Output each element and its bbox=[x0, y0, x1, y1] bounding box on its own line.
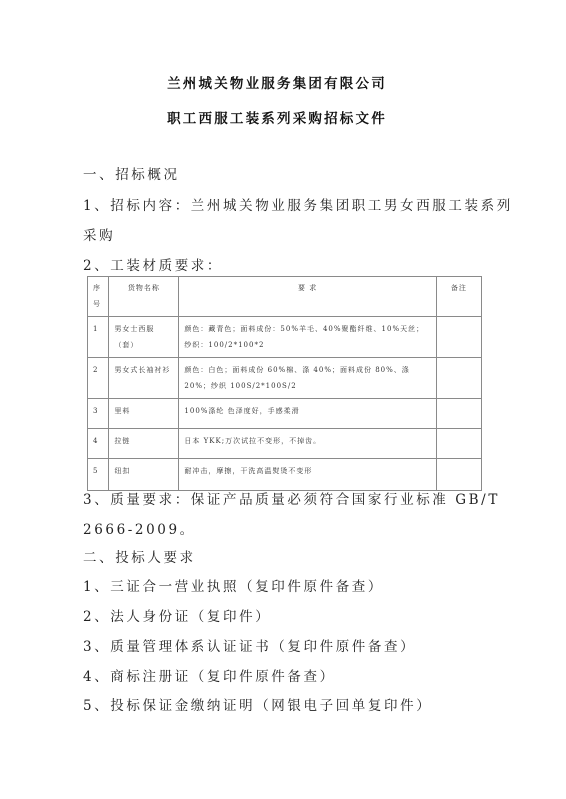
table-header-row: 序号 货物名称 要 求 备注 bbox=[88, 277, 482, 317]
cell-requirement: 耐冲击，摩擦，干洗高温熨烫不变形 bbox=[179, 459, 436, 491]
quality-requirement-line2: 2666-2009。 bbox=[83, 518, 196, 538]
document-page: 兰州城关物业服务集团有限公司 职工西服工装系列采购招标文件 一、招标概况 1、招… bbox=[0, 0, 566, 799]
cell-no: 5 bbox=[88, 459, 109, 491]
bidder-requirement-item: 5、投标保证金缴纳证明（网银电子回单复印件） bbox=[83, 694, 432, 714]
material-requirements-heading: 2、工装材质要求： bbox=[83, 254, 223, 274]
cell-remark bbox=[436, 358, 481, 399]
cell-requirement: 颜色：白色；面料成份 60%棉、涤 40%；面料成份 80%、涤 20%；纱织 … bbox=[179, 358, 436, 399]
document-title-company: 兰州城关物业服务集团有限公司 bbox=[0, 72, 560, 92]
cell-item-name: 纽扣 bbox=[109, 459, 179, 491]
bidder-requirement-item: 4、商标注册证（复印件原件备查） bbox=[83, 665, 336, 685]
cell-item-name: 拉链 bbox=[109, 429, 179, 459]
cell-remark bbox=[436, 429, 481, 459]
table-row: 4 拉链 日本 YKK;万次试拉不变形，不掉齿。 bbox=[88, 429, 482, 459]
cell-requirement: 日本 YKK;万次试拉不变形，不掉齿。 bbox=[179, 429, 436, 459]
bidder-requirement-item: 1、三证合一营业执照（复印件原件备查） bbox=[83, 575, 384, 595]
header-no: 序号 bbox=[88, 277, 109, 317]
quality-requirement-line1: 3、质量要求：保证产品质量必须符合国家行业标准 GB/T bbox=[83, 488, 500, 508]
cell-requirement: 100%涤纶 色泽度好，手感柔滑 bbox=[179, 399, 436, 429]
cell-no: 4 bbox=[88, 429, 109, 459]
cell-item-name: 男女式长袖衬衫 bbox=[109, 358, 179, 399]
header-item-name: 货物名称 bbox=[109, 277, 179, 317]
bidder-requirement-item: 2、法人身份证（复印件） bbox=[83, 605, 271, 625]
table-row: 2 男女式长袖衬衫 颜色：白色；面料成份 60%棉、涤 40%；面料成份 80%… bbox=[88, 358, 482, 399]
table-row: 3 里料 100%涤纶 色泽度好，手感柔滑 bbox=[88, 399, 482, 429]
material-spec-table: 序号 货物名称 要 求 备注 1 男女士西服（套） 颜色：藏青色；面料成份：50… bbox=[87, 276, 482, 491]
cell-no: 1 bbox=[88, 317, 109, 358]
header-requirement: 要 求 bbox=[179, 277, 436, 317]
cell-item-name: 里料 bbox=[109, 399, 179, 429]
cell-item-name: 男女士西服（套） bbox=[109, 317, 179, 358]
cell-remark bbox=[436, 317, 481, 358]
cell-remark bbox=[436, 459, 481, 491]
cell-no: 2 bbox=[88, 358, 109, 399]
document-title-subject: 职工西服工装系列采购招标文件 bbox=[0, 107, 560, 127]
section-heading-bidder: 二、投标人要求 bbox=[83, 546, 196, 566]
table-row: 5 纽扣 耐冲击，摩擦，干洗高温熨烫不变形 bbox=[88, 459, 482, 491]
bidder-requirement-item: 3、质量管理体系认证证书（复印件原件备查） bbox=[83, 635, 416, 655]
cell-requirement: 颜色：藏青色；面料成份：50%羊毛、40%聚酯纤维、10%天丝；纱织：100/2… bbox=[179, 317, 436, 358]
section-heading-overview: 一、招标概况 bbox=[83, 163, 180, 183]
cell-remark bbox=[436, 399, 481, 429]
tender-content-line2: 采购 bbox=[83, 224, 115, 244]
table-row: 1 男女士西服（套） 颜色：藏青色；面料成份：50%羊毛、40%聚酯纤维、10%… bbox=[88, 317, 482, 358]
cell-no: 3 bbox=[88, 399, 109, 429]
header-remark: 备注 bbox=[436, 277, 481, 317]
tender-content-line1: 1、招标内容：兰州城关物业服务集团职工男女西服工装系列 bbox=[83, 194, 513, 214]
